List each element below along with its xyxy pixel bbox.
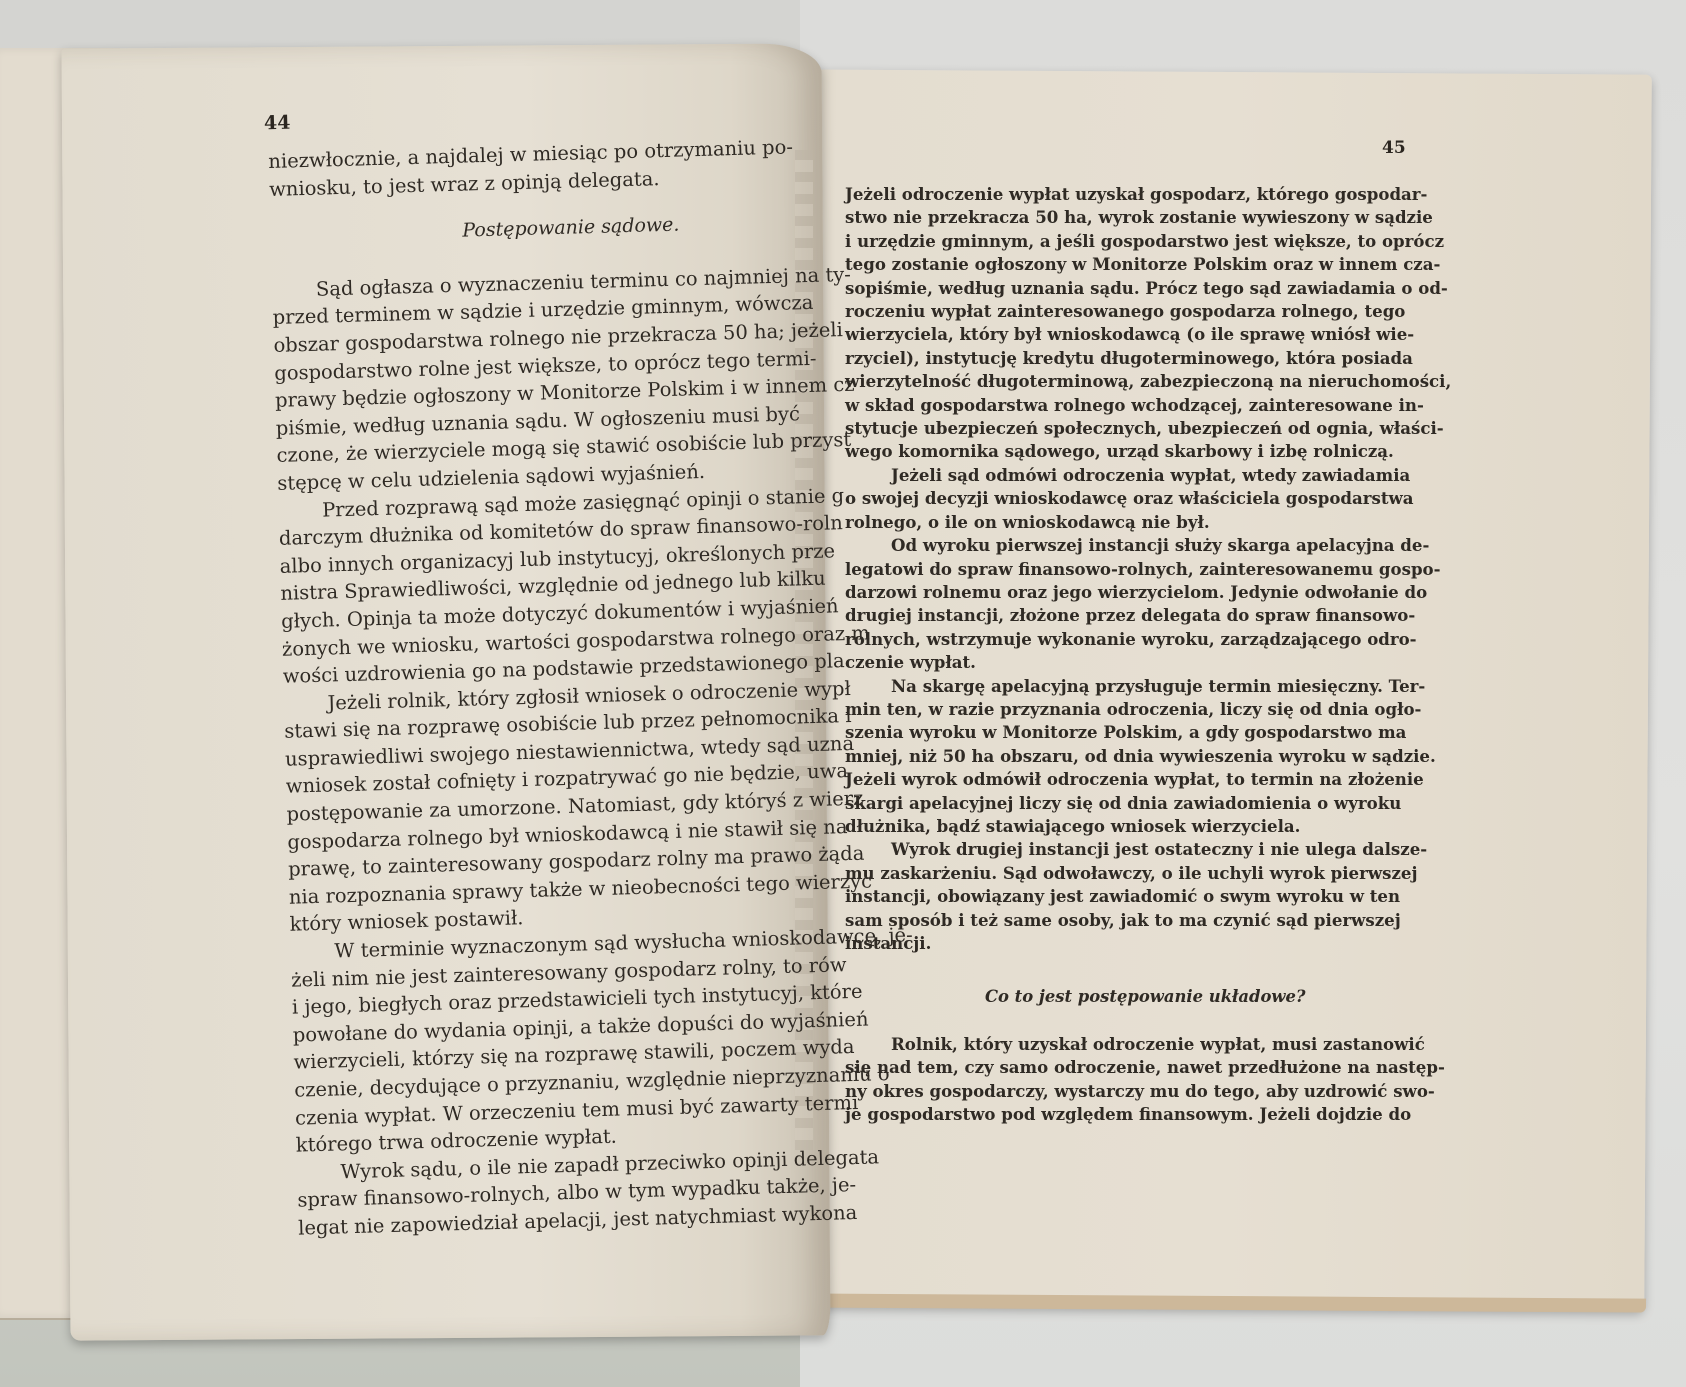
text-line: instancji, obowiązany jest zawiadomić o … bbox=[845, 885, 1445, 908]
text-line: tego zostanie ogłoszony w Monitorze Pols… bbox=[845, 253, 1445, 276]
text-line: legatowi do spraw finansowo-rolnych, zai… bbox=[845, 558, 1445, 581]
section-heading: Co to jest postępowanie układowe? bbox=[845, 985, 1445, 1008]
text-line: skargi apelacyjnej liczy się od dnia zaw… bbox=[845, 792, 1445, 815]
text-line: o swojej decyzji wnioskodawcę oraz właśc… bbox=[845, 487, 1445, 510]
text-line: szenia wyroku w Monitorze Polskim, a gdy… bbox=[845, 721, 1445, 744]
text-line: wierzyciela, który był wnioskodawcą (o i… bbox=[845, 323, 1445, 346]
text-line: sam sposób i też same osoby, jak to ma c… bbox=[845, 909, 1445, 932]
paragraph: Sąd ogłasza o wyznaczeniu terminu co naj… bbox=[272, 262, 818, 498]
page-number-left: 44 bbox=[264, 112, 291, 135]
text-line: Na skargę apelacyjną przysługuje termin … bbox=[845, 675, 1445, 698]
text-line: stytucje ubezpieczeń społecznych, ubezpi… bbox=[845, 417, 1445, 440]
text-line: mniej, niż 50 ha obszaru, od dnia wywies… bbox=[845, 745, 1445, 768]
left-page-text: niezwłocznie, a najdalej w miesiąc po ot… bbox=[268, 133, 838, 1242]
text-line: w skład gospodarstwa rolnego wchodzącej,… bbox=[845, 394, 1445, 417]
text-line: Od wyroku pierwszej instancji służy skar… bbox=[845, 534, 1445, 557]
section-heading: Postępowanie sądowe. bbox=[270, 208, 811, 251]
text-line: dłużnika, bądź stawiającego wniosek wier… bbox=[845, 815, 1445, 838]
text-line: i urzędzie gminnym, a jeśli gospodarstwo… bbox=[845, 230, 1445, 253]
page-number-right: 45 bbox=[1382, 138, 1406, 158]
paragraph: Od wyroku pierwszej instancji służy skar… bbox=[845, 534, 1445, 674]
right-page-text: Jeżeli odroczenie wypłat uzyskał gospoda… bbox=[845, 183, 1445, 1126]
text-line: je gospodarstwo pod względem finansowym.… bbox=[845, 1103, 1445, 1126]
text-line: sopiśmie, według uznania sądu. Prócz teg… bbox=[845, 277, 1445, 300]
text-line: Wyrok drugiej instancji jest ostateczny … bbox=[845, 838, 1445, 861]
text-line: wierzytelność długoterminową, zabezpiecz… bbox=[845, 370, 1445, 393]
text-line: min ten, w razie przyznania odroczenia, … bbox=[845, 698, 1445, 721]
text-line: stwo nie przekracza 50 ha, wyrok zostani… bbox=[845, 206, 1445, 229]
text-line: rolnego, o ile on wnioskodawcą nie był. bbox=[845, 511, 1445, 534]
paragraph: Jeżeli rolnik, który zgłosił wniosek o o… bbox=[283, 675, 830, 938]
paragraph: Jeżeli sąd odmówi odroczenia wypłat, wte… bbox=[845, 464, 1445, 534]
paragraph: Na skargę apelacyjną przysługuje termin … bbox=[845, 675, 1445, 839]
text-line: rolnych, wstrzymuje wykonanie wyroku, za… bbox=[845, 628, 1445, 651]
text-line: Jeżeli sąd odmówi odroczenia wypłat, wte… bbox=[845, 464, 1445, 487]
text-line: Rolnik, który uzyskał odroczenie wypłat,… bbox=[845, 1033, 1445, 1056]
text-line: darzowi rolnemu oraz jego wierzycielom. … bbox=[845, 581, 1445, 604]
text-line: instancji. bbox=[845, 932, 1445, 955]
paragraph: Wyrok sądu, o ile nie zapadł przeciwko o… bbox=[296, 1144, 838, 1242]
text-line: Jeżeli odroczenie wypłat uzyskał gospoda… bbox=[845, 183, 1445, 206]
text-line: roczeniu wypłat zainteresowanego gospoda… bbox=[845, 300, 1445, 323]
text-line: mu zaskarżeniu. Sąd odwoławczy, o ile uc… bbox=[845, 862, 1445, 885]
text-line: drugiej instancji, złożone przez delegat… bbox=[845, 604, 1445, 627]
text-line: Jeżeli wyrok odmówił odroczenia wypłat, … bbox=[845, 768, 1445, 791]
paragraph: W terminie wyznaczonym sąd wysłucha wnio… bbox=[290, 924, 836, 1160]
text-line: rzyciel), instytucję kredytu długotermin… bbox=[845, 347, 1445, 370]
text-line: wego komornika sądowego, urząd skarbowy … bbox=[845, 440, 1445, 463]
text-line: się nad tem, czy samo odroczenie, nawet … bbox=[845, 1056, 1445, 1079]
text-line: ny okres gospodarczy, wystarczy mu do te… bbox=[845, 1080, 1445, 1103]
paragraph: Jeżeli odroczenie wypłat uzyskał gospoda… bbox=[845, 183, 1445, 464]
paragraph: Rolnik, który uzyskał odroczenie wypłat,… bbox=[845, 1033, 1445, 1127]
paragraph: Przed rozprawą sąd może zasięgnąć opinji… bbox=[278, 482, 823, 690]
text-line: czenie wypłat. bbox=[845, 651, 1445, 674]
paragraph: Wyrok drugiej instancji jest ostateczny … bbox=[845, 838, 1445, 955]
